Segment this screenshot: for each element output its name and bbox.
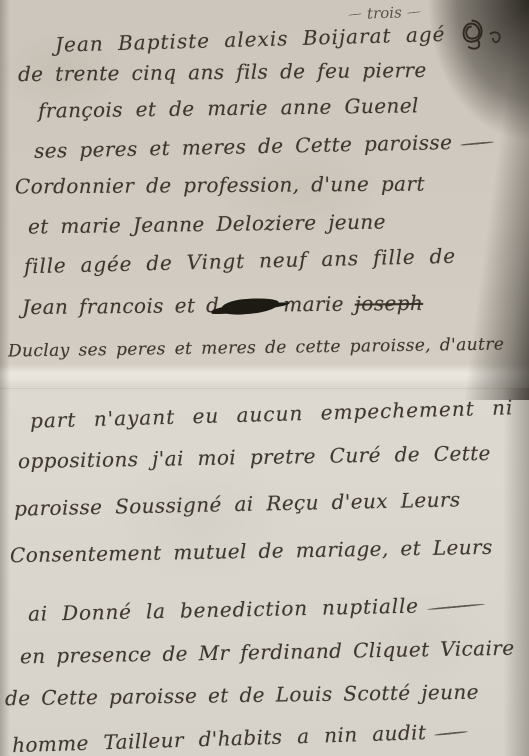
pen-dash <box>348 13 362 15</box>
ink-blot <box>221 296 280 316</box>
manuscript-line: part n'ayant eu aucun empechement ni <box>30 395 514 432</box>
line-text: Jean Baptiste alexis Boijarat agé <box>55 22 446 57</box>
manuscript-line: de Cette paroisse et de Louis Scotté jeu… <box>5 680 479 711</box>
manuscript-line: Duclay ses peres et meres de cette paroi… <box>8 335 505 362</box>
manuscript-line: homme Tailleur d'habits a nin audit <box>12 719 469 756</box>
line-text: Duclay ses peres et meres de cette paroi… <box>8 335 505 362</box>
manuscript-line: ai Donné la benediction nuptialle <box>28 592 485 626</box>
pen-dash <box>427 603 485 610</box>
line-text: et marie Jeanne Deloziere jeune <box>28 210 386 239</box>
line-text: Consentement mutuel de mariage, et Leurs <box>10 535 493 567</box>
line-text: marie <box>283 292 344 317</box>
manuscript-photo: trois Jean Baptiste alexis Boijarat agé … <box>0 0 529 756</box>
manuscript-line: françois et de marie anne Guenel <box>38 93 419 122</box>
pen-dash <box>407 11 421 13</box>
photo-stitch-seam <box>0 364 529 389</box>
line-text: de Cette paroisse et de Louis Scotté jeu… <box>5 680 479 711</box>
manuscript-line: oppositions j'ai moi pretre Curé de Cett… <box>18 441 491 473</box>
line-text: homme Tailleur d'habits a nin audit <box>12 720 427 756</box>
line-text: Jean francois et d <box>22 293 220 319</box>
line-text: ai Donné la benediction nuptialle <box>28 594 419 626</box>
manuscript-line: Consentement mutuel de mariage, et Leurs <box>10 535 493 567</box>
line-text: de trente cinq ans fils de feu pierre <box>18 58 427 86</box>
manuscript-line: et marie Jeanne Deloziere jeune <box>28 210 386 239</box>
line-text: ses peres et meres de Cette paroisse <box>34 130 453 163</box>
line-text: fille agée de Vingt neuf ans fille de <box>24 244 456 279</box>
line-text: Cordonnier de profession, d'une part <box>15 172 425 199</box>
page-edge-shadow <box>503 388 529 756</box>
line-text: françois et de marie anne Guenel <box>38 93 419 122</box>
manuscript-line: en presence de Mr ferdinand Cliquet Vica… <box>20 636 515 669</box>
page-edge-shadow-left <box>0 0 10 756</box>
manuscript-line: Cordonnier de profession, d'une part <box>15 172 425 199</box>
line-text: part n'ayant eu aucun empechement ni <box>30 395 514 432</box>
manuscript-line: de trente cinq ans fils de feu pierre <box>18 58 427 86</box>
struck-word: joseph <box>355 291 424 316</box>
pen-dash <box>460 140 494 145</box>
line-text: paroisse Soussigné ai Reçu d'eux Leurs <box>14 487 461 520</box>
ink-scribble-icon <box>451 16 506 53</box>
line-text: oppositions j'ai moi pretre Curé de Cett… <box>18 441 491 473</box>
manuscript-line: paroisse Soussigné ai Reçu d'eux Leurs <box>14 487 461 520</box>
manuscript-line: fille agée de Vingt neuf ans fille de <box>24 244 456 279</box>
pen-dash <box>434 730 468 735</box>
manuscript-line: Jean francois et dmarie joseph <box>22 291 423 319</box>
line-text: en presence de Mr ferdinand Cliquet Vica… <box>20 636 515 669</box>
